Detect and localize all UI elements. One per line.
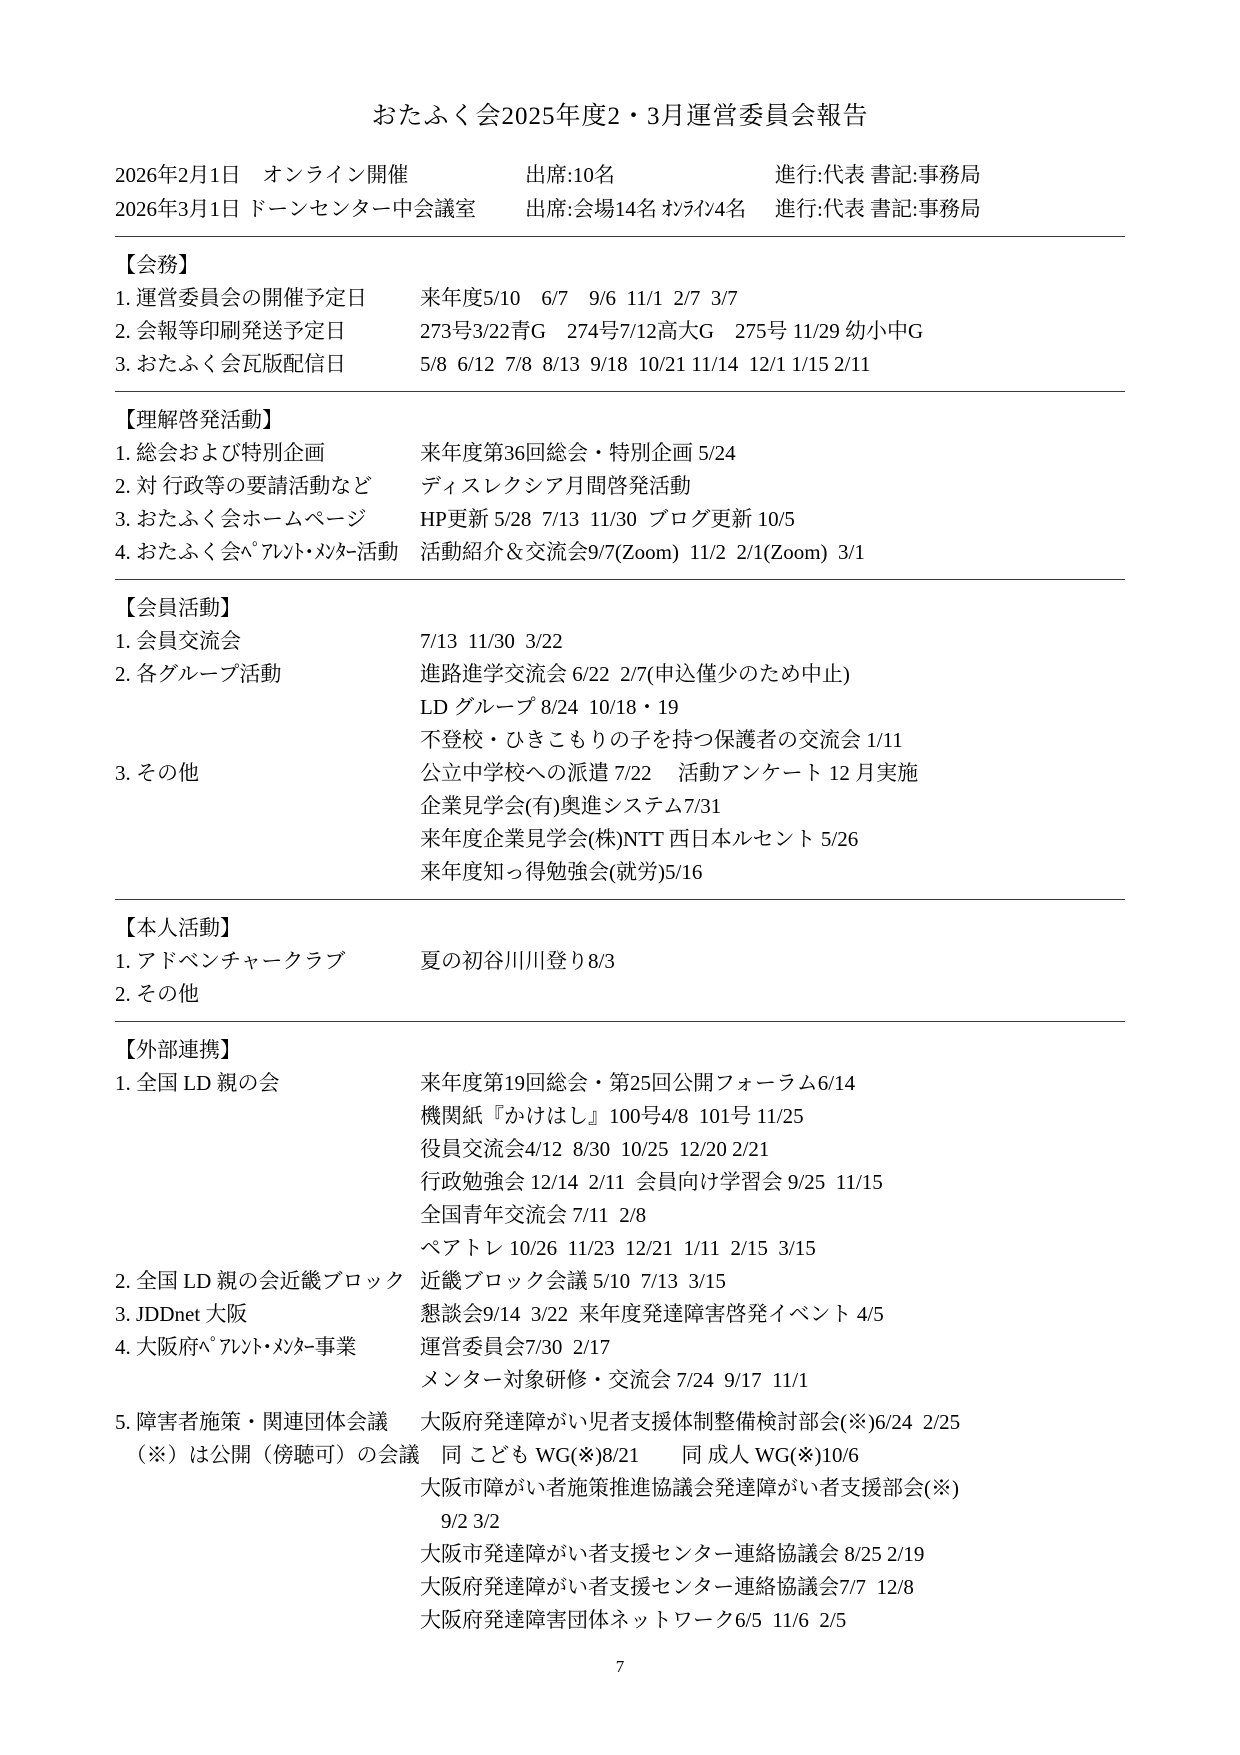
item-label: 3. おたふく会ホームページ bbox=[115, 503, 420, 536]
item-label: 5. 障害者施策・関連団体会議 （※）は公開（傍聴可）の会議 bbox=[115, 1406, 420, 1637]
item-label: 3. その他 bbox=[115, 757, 420, 889]
value-line: 273号3/22青G 274号7/12高大G 275号 11/29 幼小中G bbox=[420, 315, 1125, 348]
item-label: 2. 対 行政等の要請活動など bbox=[115, 470, 420, 503]
meeting-attendance: 出席:10名 bbox=[525, 158, 775, 192]
item-label: 2. その他 bbox=[115, 978, 420, 1011]
item-label-line: 3. JDDnet 大阪 bbox=[115, 1298, 420, 1331]
item-row: 3. JDDnet 大阪懇談会9/14 3/22 来年度発達障害啓発イベント 4… bbox=[115, 1298, 1125, 1331]
item-label-line: 2. 全国 LD 親の会近畿ブロック bbox=[115, 1265, 420, 1298]
value-line: 夏の初谷川川登り8/3 bbox=[420, 945, 1125, 978]
item-value: 来年度5/10 6/7 9/6 11/1 2/7 3/7 bbox=[420, 282, 1125, 315]
section: 【会務】1. 運営委員会の開催予定日来年度5/10 6/7 9/6 11/1 2… bbox=[115, 249, 1125, 381]
value-line: 懇談会9/14 3/22 来年度発達障害啓発イベント 4/5 bbox=[420, 1298, 1125, 1331]
item-label: 1. 総会および特別企画 bbox=[115, 437, 420, 470]
item-row: 4. おたふく会ﾍﾟｱﾚﾝﾄ･ﾒﾝﾀｰ活動活動紹介＆交流会9/7(Zoom) 1… bbox=[115, 536, 1125, 569]
value-line: 大阪市障がい者施策推進協議会発達障がい者支援部会(※) bbox=[420, 1472, 1125, 1505]
section: 【会員活動】1. 会員交流会7/13 11/30 3/222. 各グループ活動進… bbox=[115, 592, 1125, 889]
value-line: 近畿ブロック会議 5/10 7/13 3/15 bbox=[420, 1265, 1125, 1298]
section-title: 【会務】 bbox=[115, 249, 1125, 282]
item-label-line: 2. 会報等印刷発送予定日 bbox=[115, 315, 420, 348]
value-line: 大阪府発達障害団体ネットワーク6/5 11/6 2/5 bbox=[420, 1604, 1125, 1637]
value-line: 進路進学交流会 6/22 2/7(申込僅少のため中止) bbox=[420, 658, 1125, 691]
item-label-line: 1. 会員交流会 bbox=[115, 625, 420, 658]
value-line: 5/8 6/12 7/8 8/13 9/18 10/21 11/14 12/1 … bbox=[420, 348, 1125, 381]
item-row: 2. その他 bbox=[115, 978, 1125, 1011]
horizontal-rule bbox=[115, 236, 1125, 237]
value-line: 機関紙『かけはし』100号4/8 101号 11/25 bbox=[420, 1100, 1125, 1133]
value-line: ペアトレ 10/26 11/23 12/21 1/11 2/15 3/15 bbox=[420, 1232, 1125, 1265]
item-label: 1. 会員交流会 bbox=[115, 625, 420, 658]
value-line: 公立中学校への派遣 7/22 活動アンケート 12 月実施 bbox=[420, 757, 1125, 790]
horizontal-rule bbox=[115, 1021, 1125, 1022]
item-row: 1. アドベンチャークラブ夏の初谷川川登り8/3 bbox=[115, 945, 1125, 978]
item-value: 来年度第19回総会・第25回公開フォーラム6/14機関紙『かけはし』100号4/… bbox=[420, 1067, 1125, 1265]
value-line: LD グループ 8/24 10/18・19 bbox=[420, 691, 1125, 724]
value-line: 大阪府発達障がい児者支援体制整備検討部会(※)6/24 2/25 bbox=[420, 1406, 1125, 1439]
horizontal-rule bbox=[115, 391, 1125, 392]
value-line: 行政勉強会 12/14 2/11 会員向け学習会 9/25 11/15 bbox=[420, 1166, 1125, 1199]
value-line: 来年度企業見学会(株)NTT 西日本ルセント 5/26 bbox=[420, 823, 1125, 856]
item-row: 2. 全国 LD 親の会近畿ブロック近畿ブロック会議 5/10 7/13 3/1… bbox=[115, 1265, 1125, 1298]
item-row: 2. 各グループ活動進路進学交流会 6/22 2/7(申込僅少のため中止)LD … bbox=[115, 658, 1125, 757]
meeting-info: 2026年2月1日 オンライン開催 出席:10名 進行:代表 書記:事務局 20… bbox=[115, 158, 1125, 226]
item-row: 1. 全国 LD 親の会来年度第19回総会・第25回公開フォーラム6/14機関紙… bbox=[115, 1067, 1125, 1265]
value-line: 7/13 11/30 3/22 bbox=[420, 625, 1125, 658]
value-line: 全国青年交流会 7/11 2/8 bbox=[420, 1199, 1125, 1232]
meeting-date-venue: 2026年3月1日 ドーンセンター中会議室 bbox=[115, 192, 525, 226]
value-line: 企業見学会(有)奥進システム7/31 bbox=[420, 790, 1125, 823]
item-value: ディスレクシア月間啓発活動 bbox=[420, 470, 1125, 503]
value-line: 来年度知っ得勉強会(就労)5/16 bbox=[420, 856, 1125, 889]
item-label-line: 1. 総会および特別企画 bbox=[115, 437, 420, 470]
sections-container: 【会務】1. 運営委員会の開催予定日来年度5/10 6/7 9/6 11/1 2… bbox=[115, 249, 1125, 1637]
document-page: おたふく会2025年度2・3月運営委員会報告 2026年2月1日 オンライン開催… bbox=[0, 0, 1240, 1755]
value-line: 9/2 3/2 bbox=[420, 1505, 1125, 1538]
item-label: 3. おたふく会瓦版配信日 bbox=[115, 348, 420, 381]
item-label-line: 3. おたふく会瓦版配信日 bbox=[115, 348, 420, 381]
value-line: 来年度第36回総会・特別企画 5/24 bbox=[420, 437, 1125, 470]
item-row: 4. 大阪府ﾍﾟｱﾚﾝﾄ･ﾒﾝﾀｰ事業運営委員会7/30 2/17メンター対象研… bbox=[115, 1331, 1125, 1397]
value-line: 運営委員会7/30 2/17 bbox=[420, 1331, 1125, 1364]
item-label: 1. 全国 LD 親の会 bbox=[115, 1067, 420, 1265]
item-value: 大阪府発達障がい児者支援体制整備検討部会(※)6/24 2/25 同 こども W… bbox=[420, 1406, 1125, 1637]
section-title: 【会員活動】 bbox=[115, 592, 1125, 625]
item-label: 2. 全国 LD 親の会近畿ブロック bbox=[115, 1265, 420, 1298]
item-label: 4. おたふく会ﾍﾟｱﾚﾝﾄ･ﾒﾝﾀｰ活動 bbox=[115, 536, 420, 569]
item-value: 来年度第36回総会・特別企画 5/24 bbox=[420, 437, 1125, 470]
item-label-line: 3. その他 bbox=[115, 757, 420, 790]
page-title: おたふく会2025年度2・3月運営委員会報告 bbox=[115, 96, 1125, 132]
item-label: 1. 運営委員会の開催予定日 bbox=[115, 282, 420, 315]
meeting-staff: 進行:代表 書記:事務局 bbox=[775, 192, 1125, 226]
item-value: 懇談会9/14 3/22 来年度発達障害啓発イベント 4/5 bbox=[420, 1298, 1125, 1331]
value-line: 不登校・ひきこもりの子を持つ保護者の交流会 1/11 bbox=[420, 724, 1125, 757]
section-title: 【理解啓発活動】 bbox=[115, 404, 1125, 437]
item-row: 1. 総会および特別企画来年度第36回総会・特別企画 5/24 bbox=[115, 437, 1125, 470]
item-value bbox=[420, 978, 1125, 1011]
item-row: 2. 会報等印刷発送予定日273号3/22青G 274号7/12高大G 275号… bbox=[115, 315, 1125, 348]
value-line: 大阪市発達障がい者支援センター連絡協議会 8/25 2/19 bbox=[420, 1538, 1125, 1571]
value-line: 同 こども WG(※)8/21 同 成人 WG(※)10/6 bbox=[420, 1439, 1125, 1472]
value-line: 大阪府発達障がい者支援センター連絡協議会7/7 12/8 bbox=[420, 1571, 1125, 1604]
item-value: 7/13 11/30 3/22 bbox=[420, 625, 1125, 658]
horizontal-rule bbox=[115, 579, 1125, 580]
value-line: 活動紹介＆交流会9/7(Zoom) 11/2 2/1(Zoom) 3/1 bbox=[420, 536, 1125, 569]
item-label-line: 2. 対 行政等の要請活動など bbox=[115, 470, 420, 503]
item-value: 公立中学校への派遣 7/22 活動アンケート 12 月実施企業見学会(有)奥進シ… bbox=[420, 757, 1125, 889]
item-label-line: 1. 全国 LD 親の会 bbox=[115, 1067, 420, 1100]
value-line: 来年度5/10 6/7 9/6 11/1 2/7 3/7 bbox=[420, 282, 1125, 315]
item-label: 2. 各グループ活動 bbox=[115, 658, 420, 757]
value-line: ディスレクシア月間啓発活動 bbox=[420, 470, 1125, 503]
item-value: 273号3/22青G 274号7/12高大G 275号 11/29 幼小中G bbox=[420, 315, 1125, 348]
item-label: 2. 会報等印刷発送予定日 bbox=[115, 315, 420, 348]
section-title: 【外部連携】 bbox=[115, 1034, 1125, 1067]
item-label-line: 1. 運営委員会の開催予定日 bbox=[115, 282, 420, 315]
item-value: 進路進学交流会 6/22 2/7(申込僅少のため中止)LD グループ 8/24 … bbox=[420, 658, 1125, 757]
item-label: 1. アドベンチャークラブ bbox=[115, 945, 420, 978]
item-label-line: 4. 大阪府ﾍﾟｱﾚﾝﾄ･ﾒﾝﾀｰ事業 bbox=[115, 1331, 420, 1364]
value-line: メンター対象研修・交流会 7/24 9/17 11/1 bbox=[420, 1364, 1125, 1397]
meeting-row: 2026年2月1日 オンライン開催 出席:10名 進行:代表 書記:事務局 bbox=[115, 158, 1125, 192]
section: 【本人活動】1. アドベンチャークラブ夏の初谷川川登り8/32. その他 bbox=[115, 912, 1125, 1011]
item-value: 5/8 6/12 7/8 8/13 9/18 10/21 11/14 12/1 … bbox=[420, 348, 1125, 381]
item-value: 運営委員会7/30 2/17メンター対象研修・交流会 7/24 9/17 11/… bbox=[420, 1331, 1125, 1397]
section: 【理解啓発活動】1. 総会および特別企画来年度第36回総会・特別企画 5/242… bbox=[115, 404, 1125, 569]
meeting-attendance: 出席:会場14名 ｵﾝﾗｲﾝ4名 bbox=[525, 192, 775, 226]
item-row: 1. 運営委員会の開催予定日来年度5/10 6/7 9/6 11/1 2/7 3… bbox=[115, 282, 1125, 315]
item-row: 1. 会員交流会7/13 11/30 3/22 bbox=[115, 625, 1125, 658]
item-value: 夏の初谷川川登り8/3 bbox=[420, 945, 1125, 978]
item-value: HP更新 5/28 7/13 11/30 ブログ更新 10/5 bbox=[420, 503, 1125, 536]
meeting-row: 2026年3月1日 ドーンセンター中会議室 出席:会場14名 ｵﾝﾗｲﾝ4名 進… bbox=[115, 192, 1125, 226]
item-label: 4. 大阪府ﾍﾟｱﾚﾝﾄ･ﾒﾝﾀｰ事業 bbox=[115, 1331, 420, 1397]
item-label-line: 3. おたふく会ホームページ bbox=[115, 503, 420, 536]
section-title: 【本人活動】 bbox=[115, 912, 1125, 945]
horizontal-rule bbox=[115, 899, 1125, 900]
item-label: 3. JDDnet 大阪 bbox=[115, 1298, 420, 1331]
item-row: 3. その他公立中学校への派遣 7/22 活動アンケート 12 月実施企業見学会… bbox=[115, 757, 1125, 889]
item-row: 3. おたふく会ホームページHP更新 5/28 7/13 11/30 ブログ更新… bbox=[115, 503, 1125, 536]
meeting-date-venue: 2026年2月1日 オンライン開催 bbox=[115, 158, 525, 192]
item-row: 3. おたふく会瓦版配信日5/8 6/12 7/8 8/13 9/18 10/2… bbox=[115, 348, 1125, 381]
value-line: 役員交流会4/12 8/30 10/25 12/20 2/21 bbox=[420, 1133, 1125, 1166]
page-number: 7 bbox=[0, 1657, 1240, 1677]
meeting-staff: 進行:代表 書記:事務局 bbox=[775, 158, 1125, 192]
item-row: 2. 対 行政等の要請活動などディスレクシア月間啓発活動 bbox=[115, 470, 1125, 503]
item-label-line: 2. その他 bbox=[115, 978, 420, 1011]
item-value: 活動紹介＆交流会9/7(Zoom) 11/2 2/1(Zoom) 3/1 bbox=[420, 536, 1125, 569]
value-line: 来年度第19回総会・第25回公開フォーラム6/14 bbox=[420, 1067, 1125, 1100]
value-line: HP更新 5/28 7/13 11/30 ブログ更新 10/5 bbox=[420, 503, 1125, 536]
item-label-line: 5. 障害者施策・関連団体会議 bbox=[115, 1406, 420, 1439]
item-label-line: 4. おたふく会ﾍﾟｱﾚﾝﾄ･ﾒﾝﾀｰ活動 bbox=[115, 536, 420, 569]
section: 【外部連携】1. 全国 LD 親の会来年度第19回総会・第25回公開フォーラム6… bbox=[115, 1034, 1125, 1637]
item-label-line: 2. 各グループ活動 bbox=[115, 658, 420, 691]
item-label-line: （※）は公開（傍聴可）の会議 bbox=[115, 1439, 420, 1472]
item-row: 5. 障害者施策・関連団体会議 （※）は公開（傍聴可）の会議大阪府発達障がい児者… bbox=[115, 1406, 1125, 1637]
item-value: 近畿ブロック会議 5/10 7/13 3/15 bbox=[420, 1265, 1125, 1298]
item-label-line: 1. アドベンチャークラブ bbox=[115, 945, 420, 978]
